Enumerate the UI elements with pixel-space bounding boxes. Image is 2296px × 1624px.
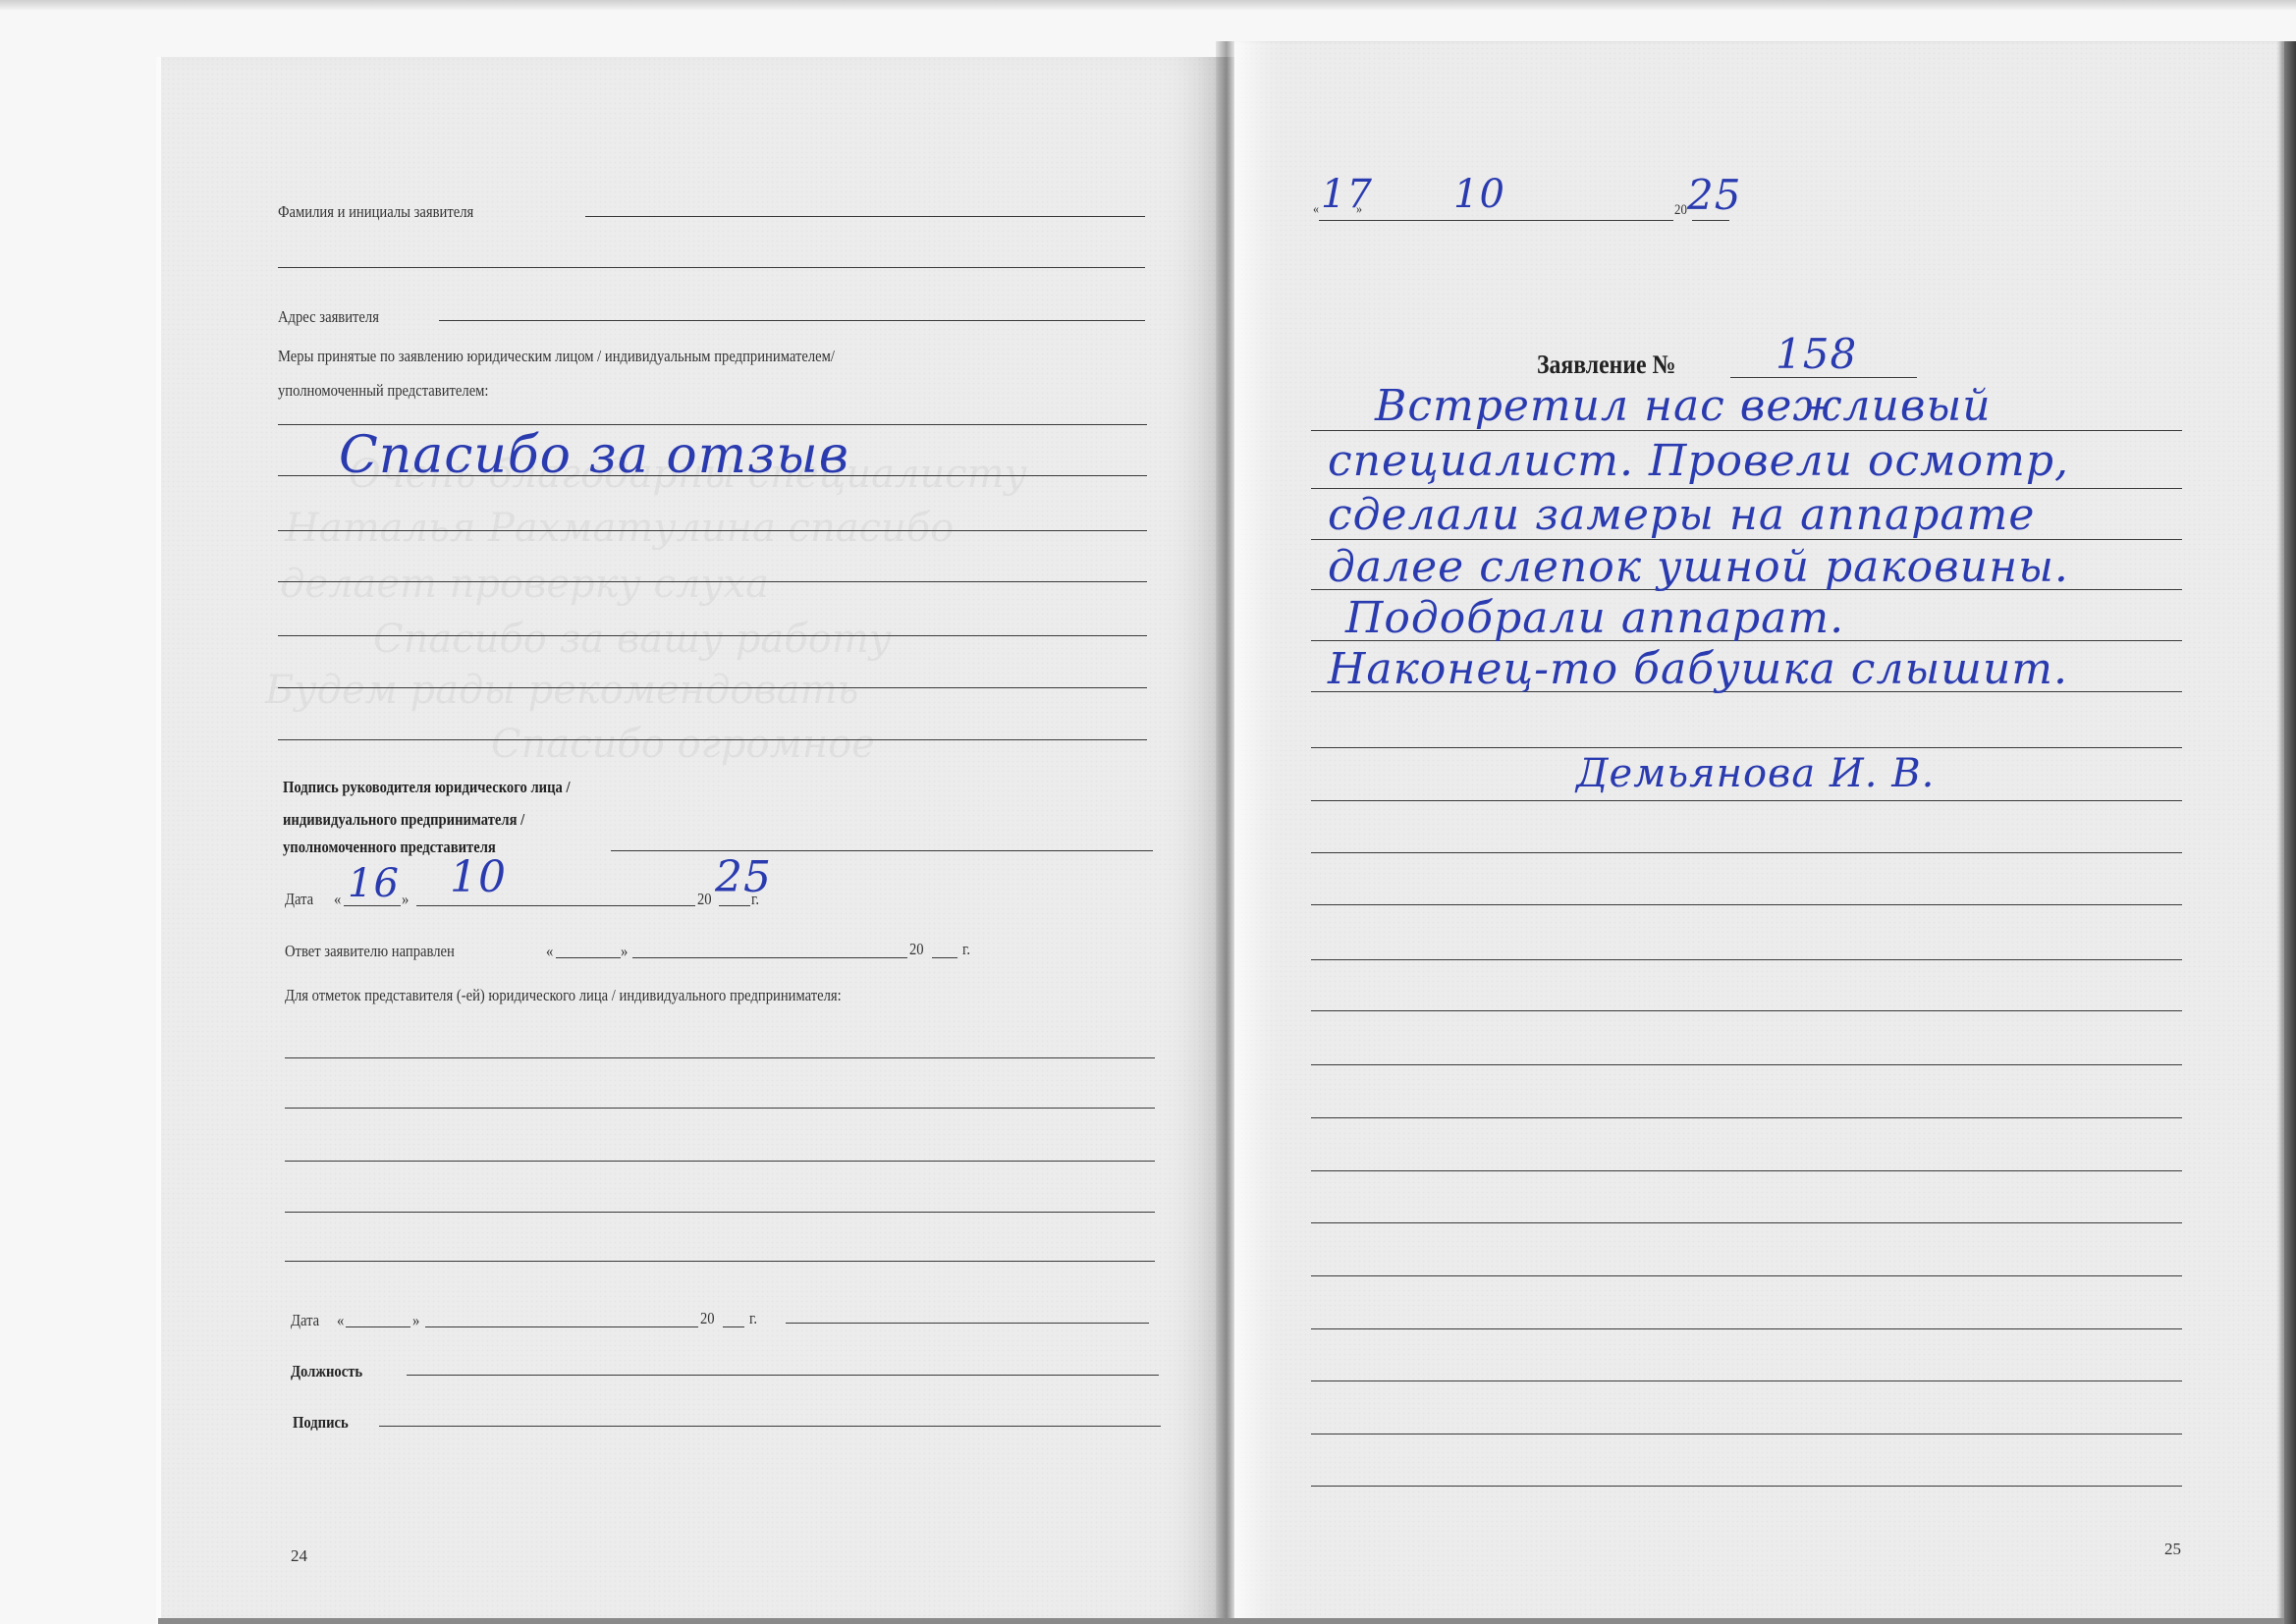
statement-line[interactable] (1311, 1064, 2182, 1065)
date-year-handwritten: 25 (715, 856, 772, 899)
date-month-handwritten: 10 (450, 856, 507, 899)
position-field[interactable] (407, 1375, 1159, 1376)
statement-text-line: Наконец-то бабушка слышит. (1328, 648, 2068, 691)
right-date-open-quote: « (1313, 203, 1319, 217)
bleed-through-text: Наталья Рахматулина спасибо (285, 506, 954, 551)
notes-line[interactable] (285, 1261, 1155, 1262)
date-close-quote: » (402, 891, 409, 907)
scanner-bottom-edge (158, 1618, 2284, 1624)
statement-text-line: Подобрали аппарат. (1345, 597, 1844, 640)
bottom-extra-field[interactable] (786, 1323, 1149, 1324)
right-date-month-field[interactable] (1349, 220, 1673, 221)
date-month-field[interactable] (416, 905, 695, 906)
date-label: Дата (285, 891, 313, 907)
bottom-date-year-mark: г. (749, 1310, 757, 1326)
statement-line[interactable] (1311, 1275, 2182, 1276)
notes-line[interactable] (285, 1161, 1155, 1162)
statement-line[interactable] (1311, 904, 2182, 905)
statement-line[interactable] (1311, 852, 2182, 853)
reply-year-mark: г. (962, 941, 970, 957)
measures-label: Меры принятые по заявлению юридическим л… (278, 348, 835, 364)
bleed-through-text: Будем рады рекомендовать (265, 668, 858, 713)
statement-line[interactable] (1311, 488, 2182, 489)
scanner-bed-edge (0, 0, 2296, 10)
reply-open-quote: « (546, 943, 553, 959)
bottom-date-year-prefix: 20 (700, 1310, 715, 1326)
reply-sent-label: Ответ заявителю направлен (285, 943, 455, 959)
bottom-date-month-field[interactable] (425, 1326, 698, 1327)
position-label: Должность (291, 1363, 362, 1380)
manager-signature-label: Подпись руководителя юридического лица / (283, 779, 571, 795)
bleed-through-text: Спасибо за вашу работу (373, 617, 892, 662)
right-date-month-handwritten: 10 (1453, 175, 1505, 214)
right-page (1234, 41, 2284, 1624)
reply-day-field[interactable] (556, 957, 621, 958)
right-date-year-prefix: 20 (1674, 203, 1687, 218)
date-open-quote: « (334, 891, 341, 907)
measures-line[interactable] (278, 739, 1147, 740)
right-date-day-handwritten: 17 (1321, 175, 1373, 214)
bleed-through-text: делает проверку слуха (280, 562, 769, 607)
statement-text-line: сделали замеры на аппарате (1328, 494, 2035, 537)
page-number-right: 25 (2164, 1540, 2181, 1559)
measures-line[interactable] (278, 424, 1147, 425)
statement-text-line: Встретил нас вежливый (1375, 385, 1992, 428)
bottom-date-day-field[interactable] (346, 1326, 410, 1327)
right-date-year-field[interactable] (1692, 220, 1729, 221)
measures-handwritten-response: Спасибо за отзыв (339, 430, 849, 481)
statement-text-line: далее слепок ушной раковины. (1328, 546, 2069, 589)
bottom-date-open-quote: « (337, 1312, 344, 1328)
applicant-name-field-line2[interactable] (278, 267, 1145, 268)
measures-line[interactable] (278, 687, 1147, 688)
bottom-date-year-field[interactable] (723, 1326, 744, 1327)
statement-line[interactable] (1311, 1328, 2182, 1329)
statement-number-handwritten: 158 (1776, 334, 1857, 375)
applicant-name-label: Фамилия и инициалы заявителя (278, 203, 473, 220)
notes-line[interactable] (285, 1108, 1155, 1109)
signature-field[interactable] (379, 1426, 1161, 1427)
statement-line[interactable] (1311, 800, 2182, 801)
measures-line[interactable] (278, 635, 1147, 636)
statement-line[interactable] (1311, 1380, 2182, 1381)
page-edge-shadow (2284, 41, 2296, 1624)
notes-line[interactable] (285, 1212, 1155, 1213)
bleed-through-text: Спасибо огромное (491, 722, 875, 767)
date-year-prefix: 20 (697, 891, 712, 907)
reply-close-quote: » (621, 943, 628, 959)
bottom-date-close-quote: » (412, 1312, 419, 1328)
applicant-signature-handwritten: Демьянова И. В. (1576, 754, 1935, 793)
applicant-name-field[interactable] (585, 216, 1145, 217)
page-number-left: 24 (291, 1546, 307, 1566)
statement-line[interactable] (1311, 1170, 2182, 1171)
right-date-year-handwritten: 25 (1687, 175, 1741, 216)
measures-line[interactable] (278, 530, 1147, 531)
statement-line[interactable] (1311, 1486, 2182, 1487)
measures-line[interactable] (278, 581, 1147, 582)
bottom-date-label: Дата (291, 1312, 319, 1328)
manager-signature-label-cont: индивидуального предпринимателя / (283, 811, 524, 828)
statement-line[interactable] (1311, 1117, 2182, 1118)
statement-line[interactable] (1311, 959, 2182, 960)
signature-label: Подпись (293, 1414, 349, 1431)
statement-line[interactable] (1311, 1010, 2182, 1011)
measures-label-cont: уполномоченный представителем: (278, 382, 489, 399)
reply-year-field[interactable] (932, 957, 957, 958)
statement-text-line: специалист. Провели осмотр, (1328, 440, 2069, 483)
applicant-address-label: Адрес заявителя (278, 308, 379, 325)
applicant-address-field[interactable] (439, 320, 1145, 321)
reply-year-prefix: 20 (909, 941, 924, 957)
statement-line[interactable] (1311, 747, 2182, 748)
statement-title: Заявление № (1537, 350, 1675, 380)
date-day-handwritten: 16 (348, 864, 400, 903)
manager-signature-field[interactable] (611, 850, 1153, 851)
reply-month-field[interactable] (632, 957, 907, 958)
notes-label: Для отметок представителя (-ей) юридичес… (285, 987, 842, 1003)
date-year-field[interactable] (719, 905, 750, 906)
statement-line[interactable] (1311, 1434, 2182, 1435)
statement-line[interactable] (1311, 1222, 2182, 1223)
notes-line[interactable] (285, 1057, 1155, 1058)
